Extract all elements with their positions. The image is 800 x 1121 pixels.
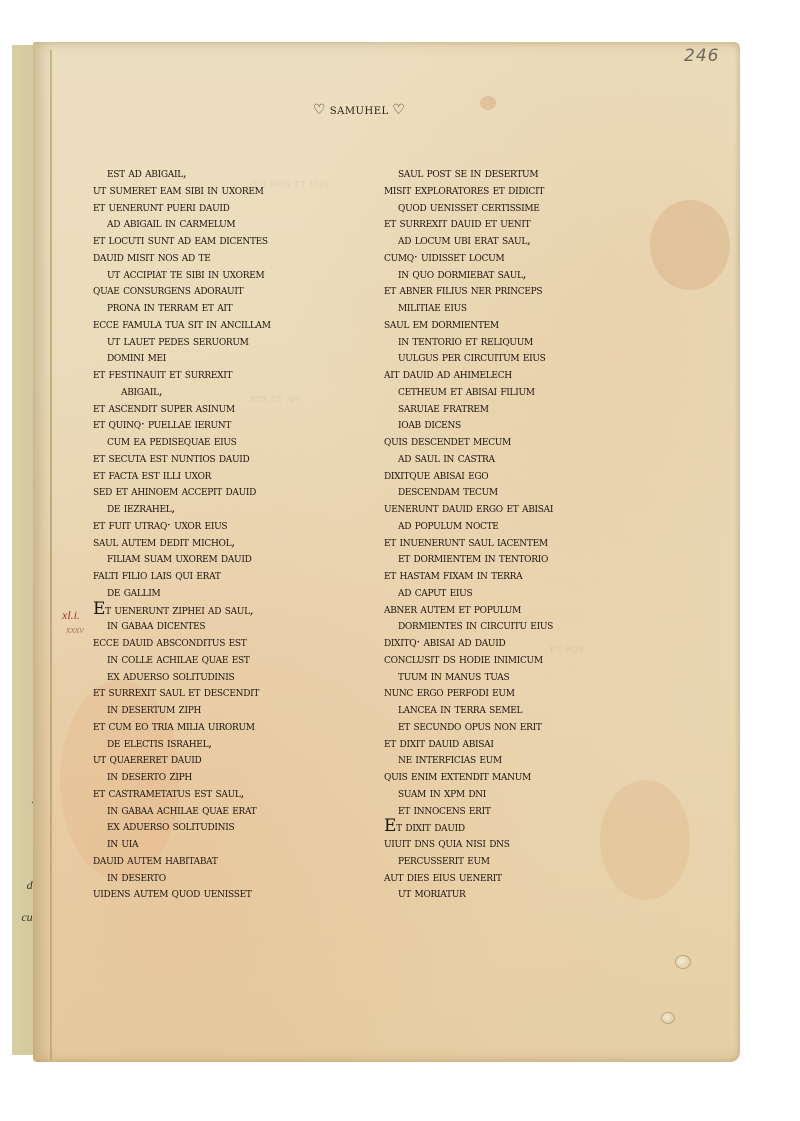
manuscript-line: AD CAPUT EIUS: [384, 584, 654, 601]
manuscript-line: CETHEUM ET ABISAI FILIUM: [384, 383, 654, 400]
section-mark: xxxv: [66, 625, 84, 636]
manuscript-line: DAUID MISIT NOS AD TE: [93, 249, 353, 266]
manuscript-line: ET LOCUTI SUNT AD EAM DICENTES: [93, 232, 353, 249]
manuscript-line: QUOD UENISSET CERTISSIME: [384, 199, 654, 216]
manuscript-line: AD LOCUM UBI ERAT SAUL,: [384, 232, 654, 249]
manuscript-line: ET ASCENDIT SUPER ASINUM: [93, 400, 353, 417]
manuscript-line: ET QUINQ· PUELLAE IERUNT: [93, 416, 353, 433]
manuscript-line: ET HASTAM FIXAM IN TERRA: [384, 567, 654, 584]
manuscript-line: CUMQ· UIDISSET LOCUM: [384, 249, 654, 266]
manuscript-line: UT QUAERERET DAUID: [93, 751, 353, 768]
manuscript-line: UENERUNT DAUID ERGO ET ABISAI: [384, 500, 654, 517]
heart-ornament-icon: ♡: [313, 102, 326, 118]
manuscript-line: IN TENTORIO ET RELIQUUM: [384, 333, 654, 350]
manuscript-line: ET UENERUNT ZIPHEI AD SAUL,: [93, 601, 353, 618]
manuscript-line: UT SUMERET EAM SIBI IN UXOREM: [93, 182, 353, 199]
manuscript-line: UIDENS AUTEM QUOD UENISSET: [93, 885, 353, 902]
manuscript-line: MILITIAE EIUS: [384, 299, 654, 316]
manuscript-line: UT MORIATUR: [384, 885, 654, 902]
manuscript-line: IN DESERTO ZIPH: [93, 768, 353, 785]
manuscript-line: DOMINI MEI: [93, 349, 353, 366]
chapter-mark: xl.i.: [62, 608, 80, 623]
manuscript-line: SUAM IN XPM DNI: [384, 785, 654, 802]
manuscript-line: ABIGAIL,: [93, 383, 353, 400]
running-head: ♡ SAMUHEL ♡: [313, 102, 405, 118]
text-column-left: EST AD ABIGAIL,UT SUMERET EAM SIBI IN UX…: [93, 165, 353, 902]
manuscript-line: IN GABAA DICENTES: [93, 617, 353, 634]
manuscript-line: ET CUM EO TRIA MILIA UIRORUM: [93, 718, 353, 735]
manuscript-line: SARUIAE FRATREM: [384, 400, 654, 417]
manuscript-line: IN GABAA ACHILAE QUAE ERAT: [93, 802, 353, 819]
manuscript-line: MISIT EXPLORATORES ET DIDICIT: [384, 182, 654, 199]
stain-mark: [650, 200, 730, 290]
manuscript-line: AD SAUL IN CASTRA: [384, 450, 654, 467]
manuscript-line: LANCEA IN TERRA SEMEL: [384, 701, 654, 718]
manuscript-line: SAUL EM DORMIENTEM: [384, 316, 654, 333]
water-drop-mark: [661, 1012, 675, 1024]
manuscript-line: ET SECUTA EST NUNTIOS DAUID: [93, 450, 353, 467]
manuscript-line: NUNC ERGO PERFODI EUM: [384, 684, 654, 701]
manuscript-line: EX ADUERSO SOLITUDINIS: [93, 668, 353, 685]
manuscript-line: NE INTERFICIAS EUM: [384, 751, 654, 768]
manuscript-line: ET CASTRAMETATUS EST SAUL,: [93, 785, 353, 802]
manuscript-line: SAUL POST SE IN DESERTUM: [384, 165, 654, 182]
manuscript-line: IN DESERTUM ZIPH: [93, 701, 353, 718]
manuscript-line: IOAB DICENS: [384, 416, 654, 433]
manuscript-line: TUUM IN MANUS TUAS: [384, 668, 654, 685]
manuscript-line: QUIS DESCENDET MECUM: [384, 433, 654, 450]
initial-letter: E: [384, 816, 396, 836]
manuscript-line: ET INUENERUNT SAUL IACENTEM: [384, 534, 654, 551]
manuscript-line: AUT DIES EIUS UENERIT: [384, 869, 654, 886]
running-head-title: SAMUHEL: [330, 106, 389, 117]
manuscript-line: AIT DAUID AD AHIMELECH: [384, 366, 654, 383]
manuscript-line: DE IEZRAHEL,: [93, 500, 353, 517]
manuscript-line: EX ADUERSO SOLITUDINIS: [93, 818, 353, 835]
manuscript-line: ABNER AUTEM ET POPULUM: [384, 601, 654, 618]
page-gutter-fold: [50, 50, 52, 1060]
manuscript-line: DORMIENTES IN CIRCUITU EIUS: [384, 617, 654, 634]
manuscript-line: ET FUIT UTRAQ· UXOR EIUS: [93, 517, 353, 534]
manuscript-line: ET SECUNDO OPUS NON ERIT: [384, 718, 654, 735]
manuscript-line: UIUIT DNS QUIA NISI DNS: [384, 835, 654, 852]
manuscript-line: ET SURREXIT SAUL ET DESCENDIT: [93, 684, 353, 701]
manuscript-line: ECCE DAUID ABSCONDITUS EST: [93, 634, 353, 651]
manuscript-line: FALTI FILIO LAIS QUI ERAT: [93, 567, 353, 584]
manuscript-line: UULGUS PER CIRCUITUM EIUS: [384, 349, 654, 366]
text-column-right: SAUL POST SE IN DESERTUMMISIT EXPLORATOR…: [384, 165, 654, 902]
manuscript-line: ET DIXIT DAUID ABISAI: [384, 735, 654, 752]
manuscript-line: ET FESTINAUIT ET SURREXIT: [93, 366, 353, 383]
manuscript-line: QUAE CONSURGENS ADORAUIT: [93, 282, 353, 299]
manuscript-line: DE GALLIM: [93, 584, 353, 601]
manuscript-line: EST AD ABIGAIL,: [93, 165, 353, 182]
line-text: T UENERUNT ZIPHEI AD SAUL,: [105, 603, 253, 617]
water-drop-mark: [675, 955, 691, 969]
manuscript-line: ET SURREXIT DAUID ET UENIT: [384, 215, 654, 232]
manuscript-line: SED ET AHINOEM ACCEPIT DAUID: [93, 483, 353, 500]
manuscript-line: ET ABNER FILIUS NER PRINCEPS: [384, 282, 654, 299]
manuscript-line: QUIS ENIM EXTENDIT MANUM: [384, 768, 654, 785]
manuscript-line: FILIAM SUAM UXOREM DAUID: [93, 550, 353, 567]
stain-mark: [480, 96, 496, 110]
line-text: T DIXIT DAUID: [396, 820, 465, 834]
manuscript-line: DE ELECTIS ISRAHEL,: [93, 735, 353, 752]
manuscript-line: ECCE FAMULA TUA SIT IN ANCILLAM: [93, 316, 353, 333]
manuscript-line: ET DIXIT DAUID: [384, 818, 654, 835]
manuscript-line: PERCUSSERIT EUM: [384, 852, 654, 869]
manuscript-line: SAUL AUTEM DEDIT MICHOL,: [93, 534, 353, 551]
folio-number: 246: [684, 46, 719, 66]
manuscript-line: DESCENDAM TECUM: [384, 483, 654, 500]
manuscript-line: IN UIA: [93, 835, 353, 852]
manuscript-line: UT LAUET PEDES SERUORUM: [93, 333, 353, 350]
manuscript-line: ET FACTA EST ILLI UXOR: [93, 467, 353, 484]
manuscript-line: IN QUO DORMIEBAT SAUL,: [384, 266, 654, 283]
heart-ornament-icon: ♡: [392, 102, 405, 118]
manuscript-line: ET UENERUNT PUERI DAUID: [93, 199, 353, 216]
manuscript-line: IN COLLE ACHILAE QUAE EST: [93, 651, 353, 668]
manuscript-line: PRONA IN TERRAM ET AIT: [93, 299, 353, 316]
manuscript-line: DIXITQ· ABISAI AD DAUID: [384, 634, 654, 651]
manuscript-line: ET INNOCENS ERIT: [384, 802, 654, 819]
manuscript-line: ET DORMIENTEM IN TENTORIO: [384, 550, 654, 567]
manuscript-line: UT ACCIPIAT TE SIBI IN UXOREM: [93, 266, 353, 283]
manuscript-line: CUM EA PEDISEQUAE EIUS: [93, 433, 353, 450]
manuscript-line: CONCLUSIT DS HODIE INIMICUM: [384, 651, 654, 668]
manuscript-line: AD POPULUM NOCTE: [384, 517, 654, 534]
manuscript-line: DIXITQUE ABISAI EGO: [384, 467, 654, 484]
manuscript-line: DAUID AUTEM HABITABAT: [93, 852, 353, 869]
initial-letter: E: [93, 599, 105, 619]
manuscript-line: IN DESERTO: [93, 869, 353, 886]
manuscript-line: AD ABIGAIL IN CARMELUM: [93, 215, 353, 232]
